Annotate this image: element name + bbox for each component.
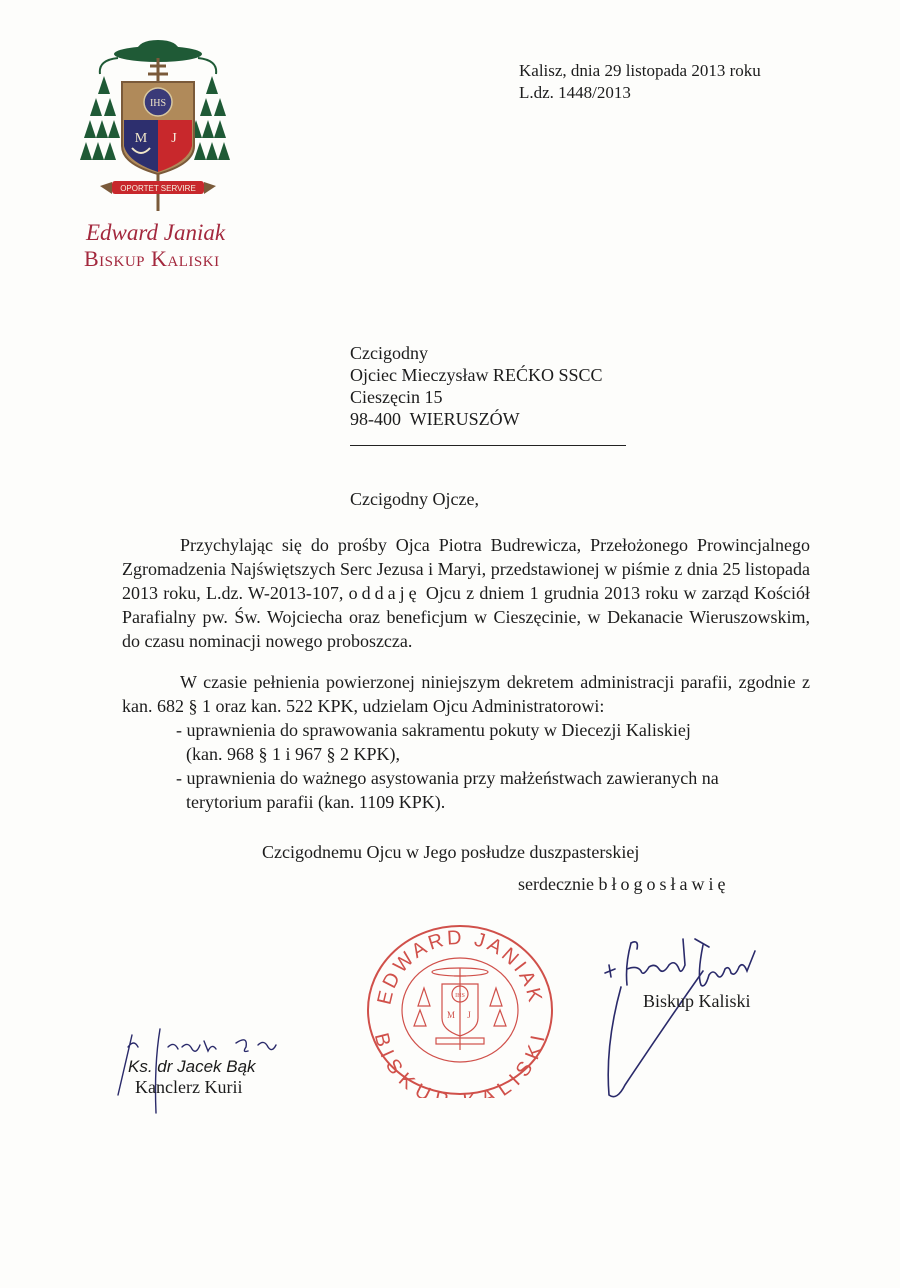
svg-text:OPORTET SERVIRE: OPORTET SERVIRE	[120, 184, 196, 193]
faculties-list: - uprawnienia do sprawowania sakramentu …	[176, 718, 719, 814]
body-paragraph-1: Przychylając się do prośby Ojca Piotra B…	[122, 533, 810, 653]
place-date: Kalisz, dnia 29 listopada 2013 roku	[519, 60, 761, 82]
closing-line: Czcigodnemu Ojcu w Jego posłudze duszpas…	[262, 842, 639, 863]
reference-number: L.dz. 1448/2013	[519, 82, 761, 104]
recipient-address: Czcigodny Ojciec Mieczysław REĆKO SSCC C…	[350, 342, 602, 430]
body-paragraph-2: W czasie pełnienia powierzonej niniejszy…	[122, 670, 810, 718]
svg-text:M: M	[447, 1010, 455, 1020]
blessing-line: serdecznie błogosławię	[518, 874, 729, 895]
bishop-signature-icon	[585, 925, 795, 1100]
salutation: Czcigodny Ojcze,	[350, 489, 479, 510]
address-line: Ojciec Mieczysław REĆKO SSCC	[350, 364, 602, 386]
official-seal-icon: EDWARD JANIAK BISKUP KALISKI IHS M J	[362, 922, 558, 1098]
bishop-title: Biskup Kaliski	[84, 246, 220, 272]
svg-text:IHS: IHS	[150, 98, 166, 109]
address-line: Czcigodny	[350, 342, 602, 364]
svg-text:IHS: IHS	[455, 993, 465, 999]
list-item: - uprawnienia do sprawowania sakramentu …	[176, 718, 719, 742]
list-item-cont: terytorium parafii (kan. 1109 KPK).	[176, 790, 719, 814]
bishop-signature-label: Biskup Kaliski	[643, 991, 751, 1012]
date-reference-block: Kalisz, dnia 29 listopada 2013 roku L.dz…	[519, 60, 761, 104]
decree-verb: oddaję	[349, 583, 421, 603]
list-item: - uprawnienia do ważnego asystowania prz…	[176, 766, 719, 790]
address-line: Cieszęcin 15	[350, 386, 602, 408]
svg-text:J: J	[171, 131, 177, 146]
address-line: 98-400 WIERUSZÓW	[350, 408, 602, 430]
coat-of-arms-icon: IHS M J OPORTET SERVIRE	[78, 36, 238, 216]
chancellor-name: Ks. dr Jacek Bąk	[128, 1057, 256, 1077]
chancellor-role: Kanclerz Kurii	[135, 1077, 242, 1098]
bishop-name: Edward Janiak	[86, 220, 225, 246]
address-divider	[350, 445, 626, 446]
svg-text:J: J	[467, 1010, 471, 1020]
svg-text:M: M	[135, 131, 148, 146]
list-item-cont: (kan. 968 § 1 i 967 § 2 KPK),	[176, 742, 719, 766]
